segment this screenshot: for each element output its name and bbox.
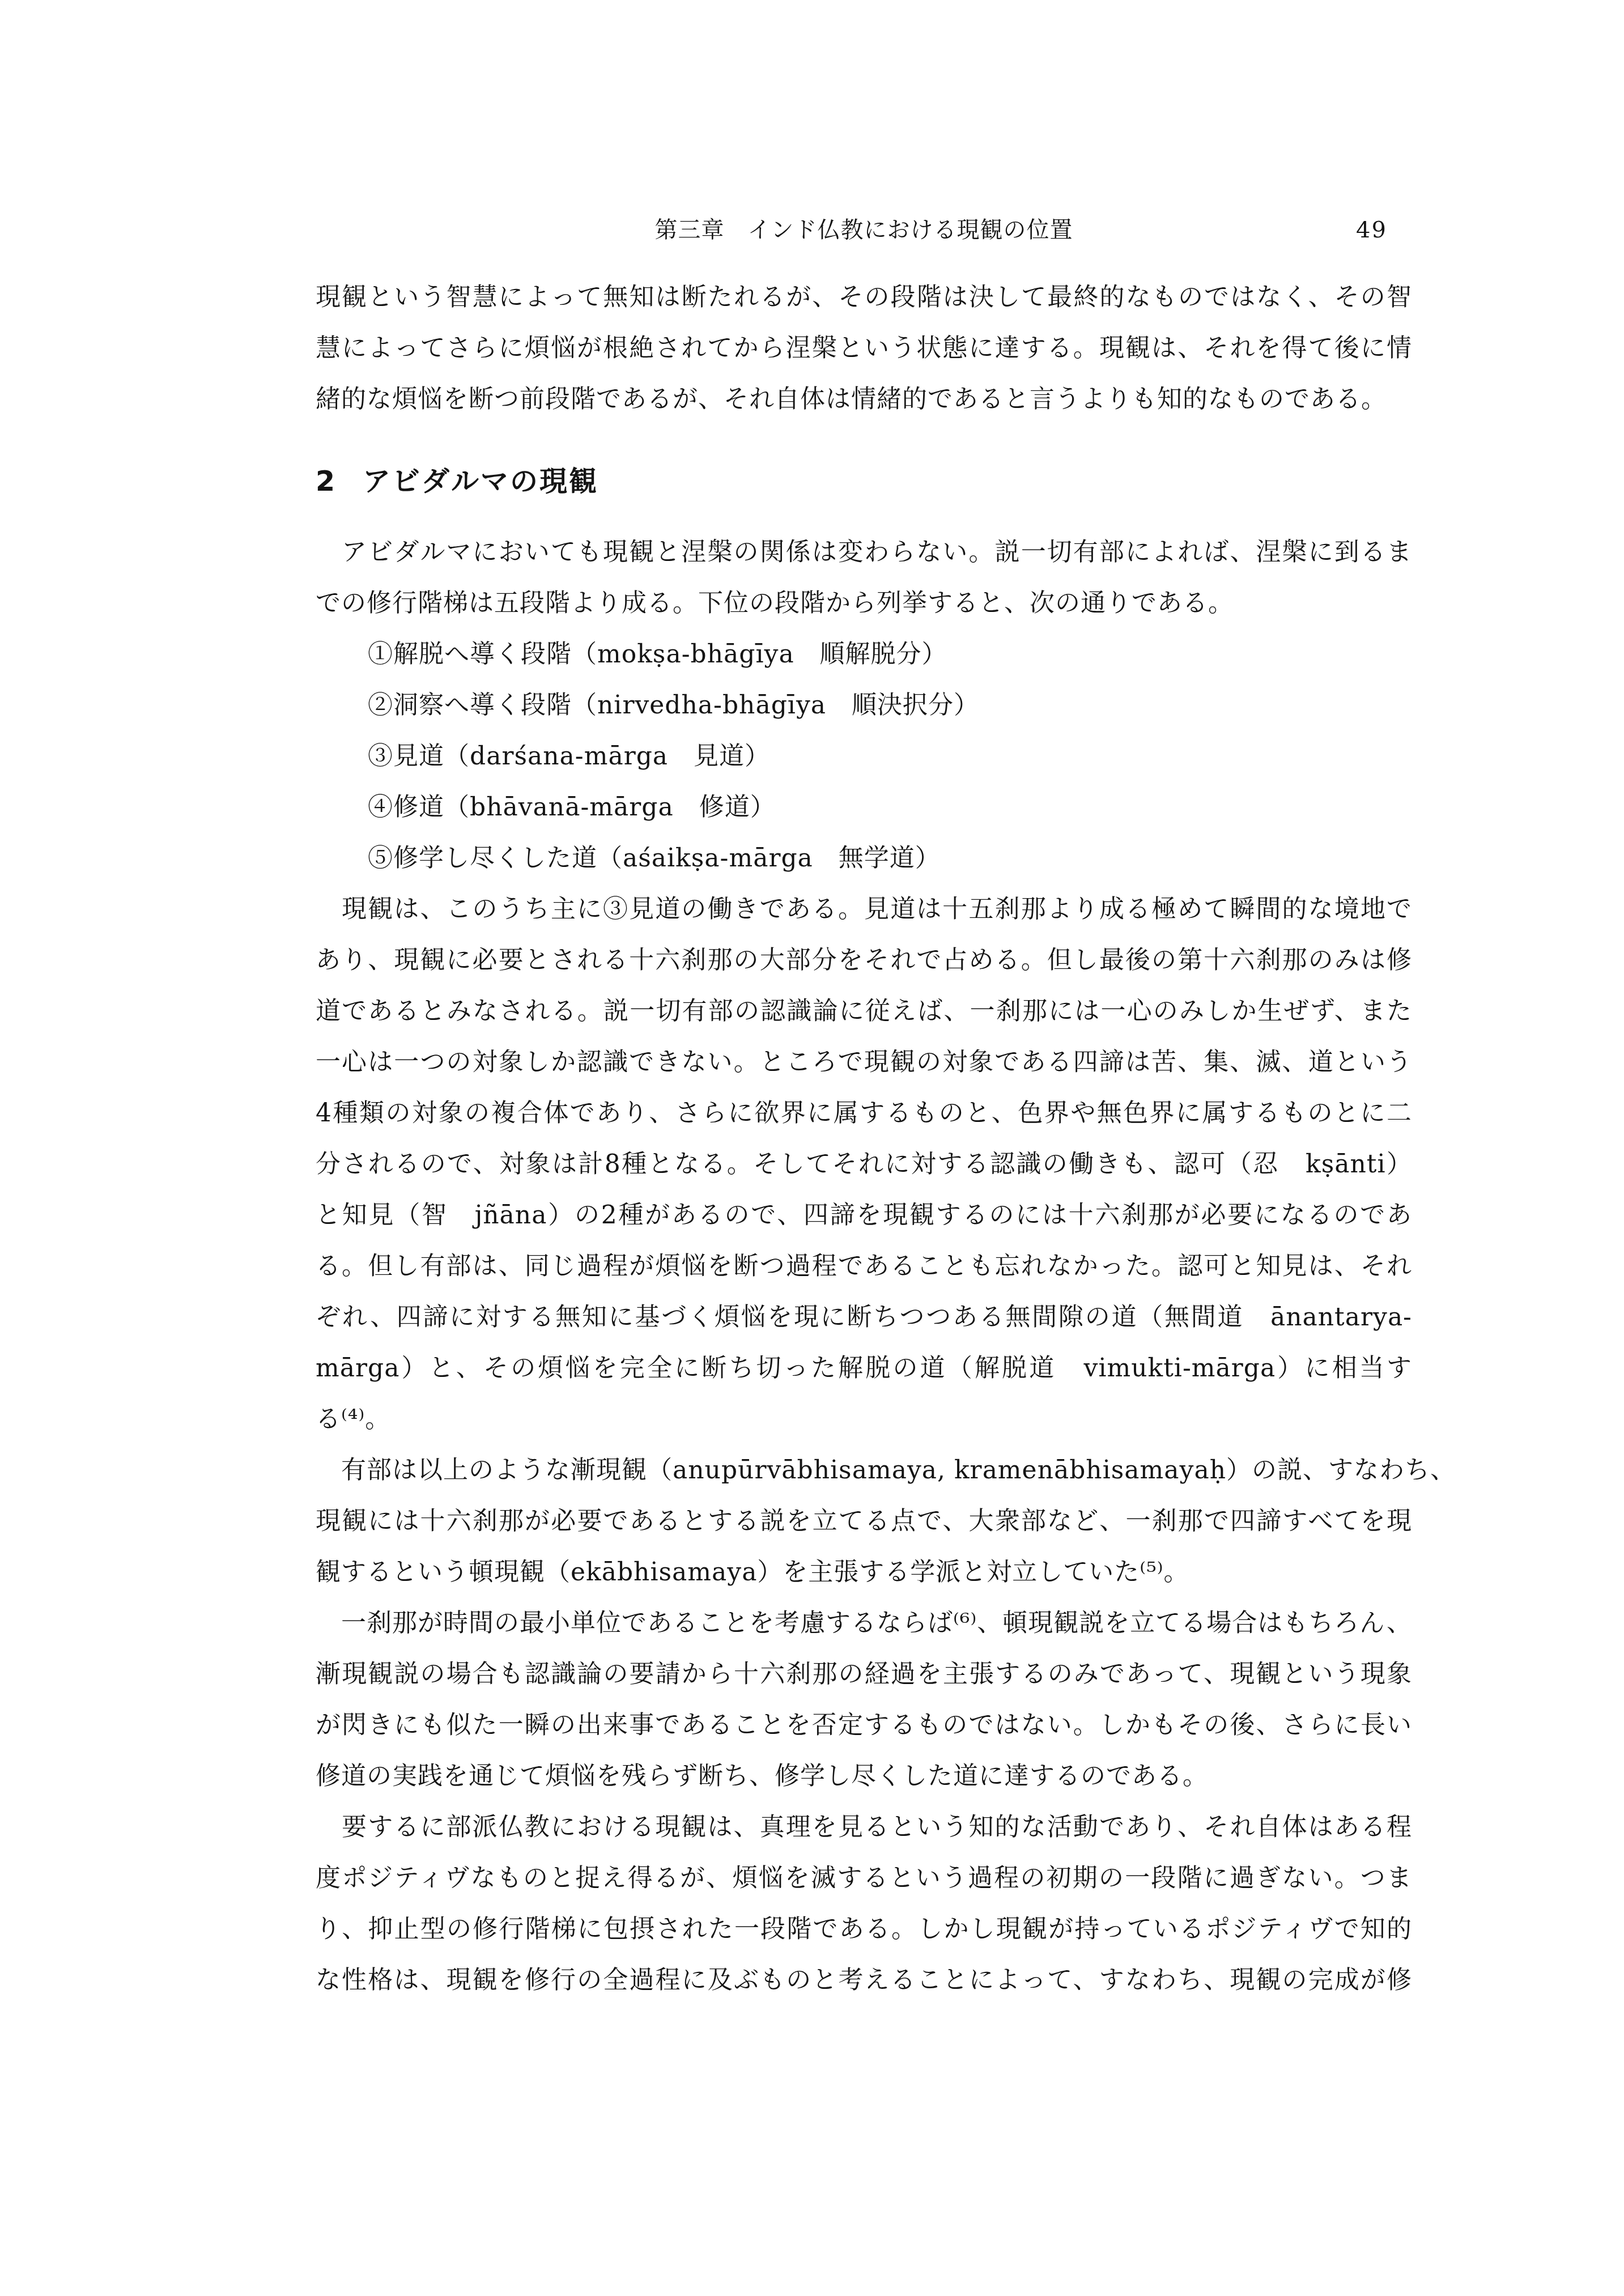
paragraph: 現観という智慧によって無知は断たれるが、その段階は決して最終的なものではなく、そ…	[316, 272, 1412, 425]
text-line: と知見（智 jñāna）の2種があるので、四諦を現観するのには十六刹那が必要にな…	[316, 1190, 1412, 1241]
text-line: る。但し有部は、同じ過程が煩悩を断つ過程であることも忘れなかった。認可と知見は、…	[316, 1241, 1412, 1292]
stage-list-item: ②洞察へ導く段階（nirvedha-bhāgīya 順決択分）	[316, 680, 1412, 731]
paragraph: 一刹那が時間の最小単位であることを考慮するならば⁽⁶⁾、頓現観説を立てる場合はも…	[316, 1598, 1412, 1802]
stage-list-item: ⑤修学し尽くした道（aśaikṣa-mārga 無学道）	[316, 833, 1412, 884]
page-number: 49	[1356, 217, 1387, 243]
scanned-book-page: 第三章 インド仏教における現観の位置 49 現観という智慧によって無知は断たれる…	[0, 0, 1624, 2296]
text-line: 現観という智慧によって無知は断たれるが、その段階は決して最終的なものではなく、そ…	[316, 272, 1412, 323]
text-line: 分されるので、対象は計8種となる。そしてそれに対する認識の働きも、認可（忍 kṣ…	[316, 1139, 1412, 1190]
section-number: 2	[316, 465, 337, 498]
text-line: 修道の実践を通じて煩悩を残らず断ち、修学し尽くした道に達するのである。	[316, 1751, 1412, 1802]
text-line: 緒的な煩悩を断つ前段階であるが、それ自体は情緒的であると言うよりも知的なものであ…	[316, 374, 1412, 425]
text-line: 現観は、このうち主に③見道の働きである。見道は十五刹那より成る極めて瞬間的な境地…	[316, 884, 1412, 935]
chapter-title: 第三章 インド仏教における現観の位置	[316, 217, 1412, 243]
text-line: 道であるとみなされる。説一切有部の認識論に従えば、一刹那には一心のみしか生ぜず、…	[316, 986, 1412, 1037]
stage-list-item: ④修道（bhāvanā-mārga 修道）	[316, 782, 1412, 833]
text-line: での修行階梯は五段階より成る。下位の段階から列挙すると、次の通りである。	[316, 578, 1412, 629]
text-line: 慧によってさらに煩悩が根絶されてから涅槃という状態に達する。現観は、それを得て後…	[316, 323, 1412, 374]
text-line: ぞれ、四諦に対する無知に基づく煩悩を現に断ちつつある無間隙の道（無間道 ānan…	[316, 1292, 1412, 1343]
paragraph: 有部は以上のような漸現観（anupūrvābhisamaya, kramenāb…	[316, 1445, 1412, 1598]
text-line: 一心は一つの対象しか認識できない。ところで現観の対象である四諦は苦、集、滅、道と…	[316, 1037, 1412, 1088]
paragraph: 現観は、このうち主に③見道の働きである。見道は十五刹那より成る極めて瞬間的な境地…	[316, 884, 1412, 1445]
text-line: mārga）と、その煩悩を完全に断ち切った解脱の道（解脱道 vimukti-mā…	[316, 1343, 1412, 1394]
text-line: 度ポジティヴなものと捉え得るが、煩悩を滅するという過程の初期の一段階に過ぎない。…	[316, 1853, 1412, 1904]
text-line: 一刹那が時間の最小単位であることを考慮するならば⁽⁶⁾、頓現観説を立てる場合はも…	[316, 1598, 1412, 1649]
stage-list-item: ③見道（darśana-mārga 見道）	[316, 731, 1412, 782]
body-text: 現観という智慧によって無知は断たれるが、その段階は決して最終的なものではなく、そ…	[316, 272, 1412, 2006]
paragraph: アビダルマにおいても現観と涅槃の関係は変わらない。説一切有部によれば、涅槃に到る…	[316, 527, 1412, 629]
running-header: 第三章 インド仏教における現観の位置 49	[316, 217, 1412, 244]
text-line: が閃きにも似た一瞬の出来事であることを否定するものではない。しかもその後、さらに…	[316, 1700, 1412, 1751]
text-line: アビダルマにおいても現観と涅槃の関係は変わらない。説一切有部によれば、涅槃に到る…	[316, 527, 1412, 578]
text-line: る⁽⁴⁾。	[316, 1394, 1412, 1445]
section-heading: 2アビダルマの現観	[316, 456, 1412, 507]
stage-list-item: ①解脱へ導く段階（mokṣa-bhāgīya 順解脱分）	[316, 629, 1412, 680]
text-line: 観するという頓現観（ekābhisamaya）を主張する学派と対立していた⁽⁵⁾…	[316, 1547, 1412, 1598]
paragraph: 要するに部派仏教における現観は、真理を見るという知的な活動であり、それ自体はある…	[316, 1802, 1412, 2006]
text-line: 漸現観説の場合も認識論の要請から十六刹那の経過を主張するのみであって、現観という…	[316, 1649, 1412, 1700]
text-line: 要するに部派仏教における現観は、真理を見るという知的な活動であり、それ自体はある…	[316, 1802, 1412, 1853]
text-line: 4種類の対象の複合体であり、さらに欲界に属するものと、色界や無色界に属するものと…	[316, 1088, 1412, 1139]
text-line: な性格は、現観を修行の全過程に及ぶものと考えることによって、すなわち、現観の完成…	[316, 1955, 1412, 2006]
stage-list: ①解脱へ導く段階（mokṣa-bhāgīya 順解脱分）②洞察へ導く段階（nir…	[316, 629, 1412, 884]
text-line: り、抑止型の修行階梯に包摂された一段階である。しかし現観が持っているポジティヴで…	[316, 1904, 1412, 1955]
text-line: あり、現観に必要とされる十六刹那の大部分をそれで占める。但し最後の第十六刹那のみ…	[316, 935, 1412, 986]
section-title: アビダルマの現観	[363, 465, 598, 498]
text-line: 有部は以上のような漸現観（anupūrvābhisamaya, kramenāb…	[316, 1445, 1412, 1496]
text-line: 現観には十六刹那が必要であるとする説を立てる点で、大衆部など、一刹那で四諦すべて…	[316, 1496, 1412, 1547]
